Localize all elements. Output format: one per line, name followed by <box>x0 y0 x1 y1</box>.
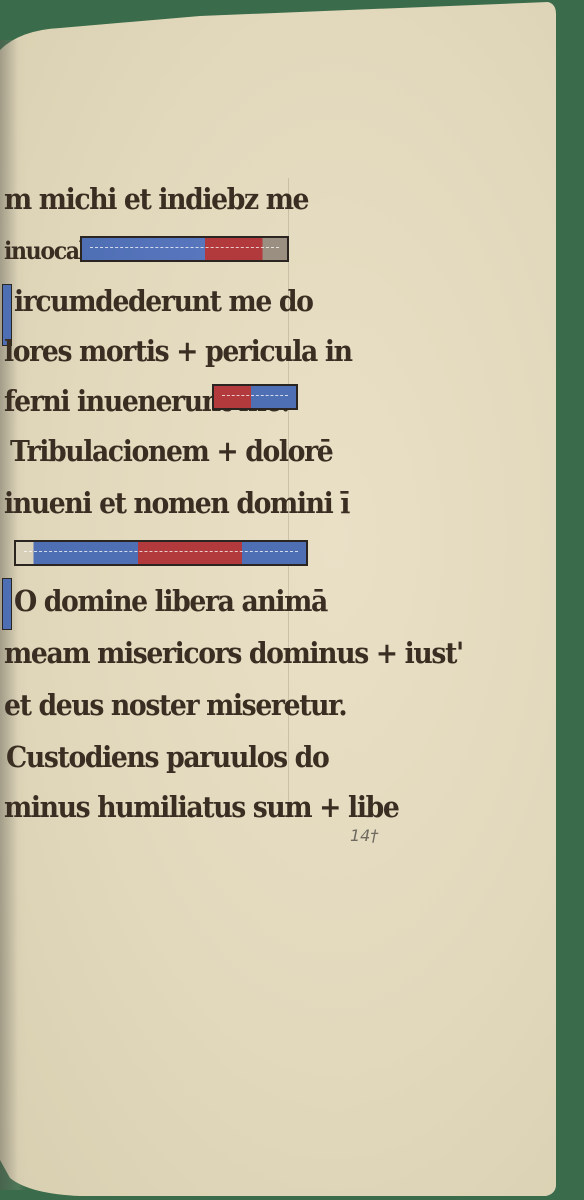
line-filler-decoration <box>80 236 289 262</box>
text-line: inueni et nomen domini ī <box>4 486 349 520</box>
text-line: m michi et indiebz me <box>4 182 308 216</box>
text-line: O domine libera animā <box>14 584 327 618</box>
folio-number: 14† <box>350 826 378 845</box>
text-line: Tribulacionem + dolorē <box>10 434 332 468</box>
text-line: Custodiens paruulos do <box>6 740 328 774</box>
line-filler-decoration <box>212 384 298 410</box>
text-line: lores mortis + pericula in <box>4 334 352 368</box>
text-line: ircumdederunt me do <box>14 284 313 318</box>
line-filler-decoration <box>14 540 308 566</box>
text-line: minus humiliatus sum + libe <box>4 790 398 824</box>
initial-letter-blue <box>2 578 12 630</box>
text-line: et deus noster miseretur. <box>4 688 346 722</box>
text-line: meam misericors dominus + iust' <box>4 636 463 670</box>
